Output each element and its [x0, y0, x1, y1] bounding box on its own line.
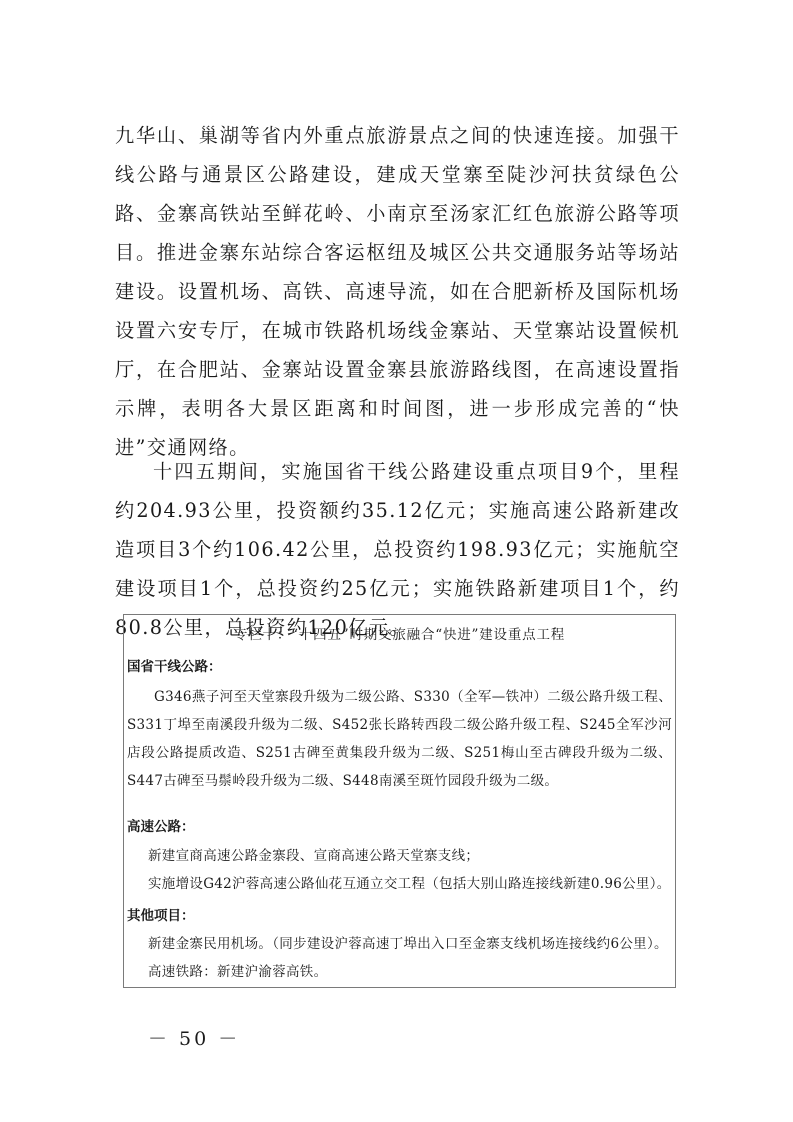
section-heading: 国省干线公路：: [127, 655, 222, 675]
section-item: 新建宣商高速公路金寨段、宣商高速公路天堂寨支线；: [148, 844, 479, 864]
document-page: 九华山、巢湖等省内外重点旅游景点之间的快速连接。加强干线公路与通景区公路建设，建…: [0, 0, 793, 1122]
feature-box: 专栏十：“十四五”时期交旅融合“快进”建设重点工程 国省干线公路： G346燕子…: [123, 614, 676, 988]
box-title: 专栏十：“十四五”时期交旅融合“快进”建设重点工程: [124, 623, 675, 643]
section-item: 高速铁路：新建沪渝蓉高铁。: [148, 960, 327, 980]
section-item: G346燕子河至天堂寨段升级为二级公路、S330（全军—铁冲）二级公路升级工程、…: [127, 683, 672, 795]
section-item: 新建金寨民用机场。（同步建设沪蓉高速丁埠出入口至金寨支线机场连接线约6公里）。: [148, 932, 668, 952]
section-item: 实施增设G42沪蓉高速公路仙花互通立交工程（包括大别山路连接线新建0.96公里）…: [148, 872, 671, 892]
section-heading: 高速公路：: [127, 815, 195, 835]
section-heading: 其他项目：: [127, 904, 195, 924]
body-paragraph: 九华山、巢湖等省内外重点旅游景点之间的快速连接。加强干线公路与通景区公路建设，建…: [115, 116, 680, 467]
page-number: － 50 －: [148, 1024, 240, 1051]
